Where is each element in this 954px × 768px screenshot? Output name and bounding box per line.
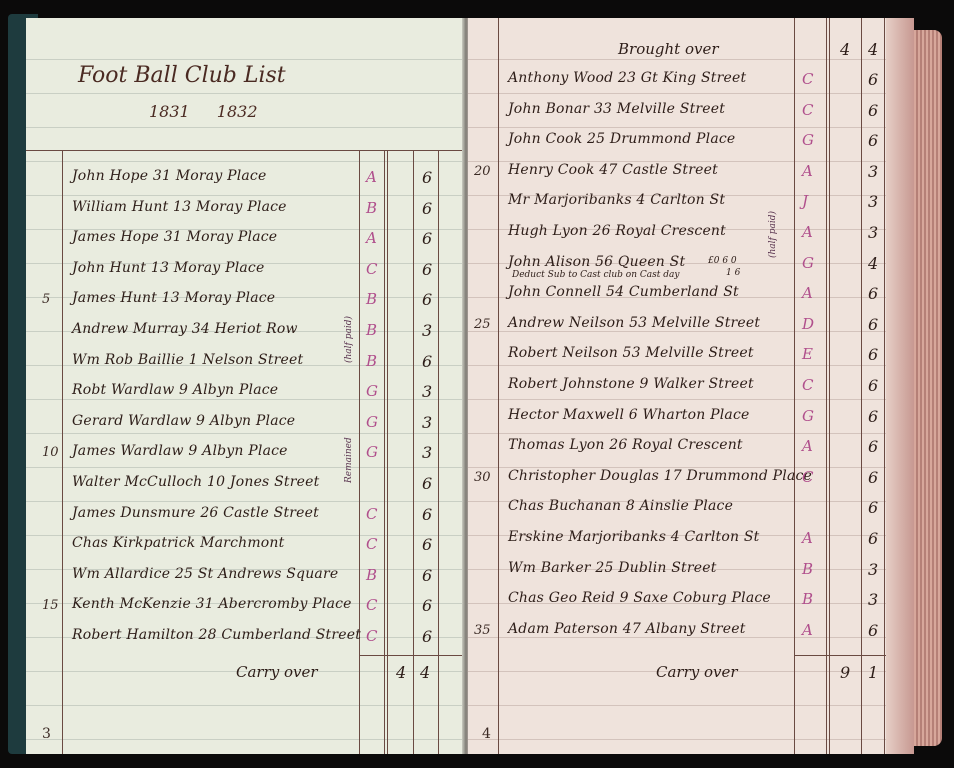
subscription-amount: 6 xyxy=(422,474,432,493)
member-name-address: Kenth McKenzie 31 Abercromby Place xyxy=(72,596,352,612)
member-name-address: John Bonar 33 Melville Street xyxy=(508,101,725,117)
subscription-amount: 6 xyxy=(868,498,878,517)
member-class: C xyxy=(802,468,813,486)
deduction-amount: 1 6 xyxy=(726,268,740,278)
member-name-address: Robert Neilson 53 Melville Street xyxy=(508,345,754,361)
member-name-address: Robert Johnstone 9 Walker Street xyxy=(508,376,754,392)
member-class: C xyxy=(366,505,377,523)
brought-over-col1: 4 xyxy=(840,40,850,59)
member-name-address: James Dunsmure 26 Castle Street xyxy=(72,505,319,521)
carry-over-col1: 4 xyxy=(396,663,406,682)
subscription-amount: 3 xyxy=(422,321,432,340)
subscription-amount: 6 xyxy=(868,315,878,334)
extra-amount: 6 xyxy=(892,254,902,273)
member-class: B xyxy=(366,566,377,584)
page-edges xyxy=(912,30,942,746)
member-class: G xyxy=(366,382,378,400)
row-number: 20 xyxy=(474,164,491,179)
carry-over-col3: 6 xyxy=(892,663,902,682)
member-class: A xyxy=(802,621,813,639)
member-name-address: Wm Allardice 25 St Andrews Square xyxy=(72,566,338,582)
subscription-amount: 6 xyxy=(422,566,432,585)
member-name-address: Erskine Marjoribanks 4 Carlton St xyxy=(508,529,760,545)
subscription-amount: 3 xyxy=(422,413,432,432)
member-class: B xyxy=(366,321,377,339)
member-name-address: Robert Hamilton 28 Cumberland Street xyxy=(72,627,361,643)
subscription-amount: 6 xyxy=(868,376,878,395)
member-name-address: James Hunt 13 Moray Place xyxy=(72,290,275,306)
member-class: B xyxy=(802,590,813,608)
subscription-amount: 6 xyxy=(422,290,432,309)
subscription-amount: 6 xyxy=(422,352,432,371)
subscription-amount: 6 xyxy=(422,627,432,646)
member-class: A xyxy=(802,223,813,241)
carry-over-label: Carry over xyxy=(656,663,738,681)
subscription-amount: 6 xyxy=(868,70,878,89)
member-class: C xyxy=(366,535,377,553)
page-number: 4 xyxy=(482,726,491,742)
left-page: Foot Ball Club List 1831 1832 John Hope … xyxy=(26,18,466,754)
member-name-address: Chas Geo Reid 9 Saxe Coburg Place xyxy=(508,590,771,606)
subscription-amount: 6 xyxy=(422,199,432,218)
number-column-rule xyxy=(62,150,63,754)
brought-over-col2: 4 xyxy=(868,40,878,59)
subscription-amount: 3 xyxy=(868,590,878,609)
total-rule xyxy=(359,655,466,656)
col1-rule-double xyxy=(829,18,830,754)
subscription-amount: 3 xyxy=(868,192,878,211)
member-class: B xyxy=(366,290,377,308)
row-number: 10 xyxy=(42,445,59,460)
col3-rule xyxy=(884,18,885,754)
right-page: Brought over 4 4 Anthony Wood 23 Gt King… xyxy=(468,18,914,754)
member-class: D xyxy=(802,315,814,333)
member-name-address: Andrew Neilson 53 Melville Street xyxy=(508,315,760,331)
col1-rule-double xyxy=(387,150,388,754)
member-name-address: James Hope 31 Moray Place xyxy=(72,229,277,245)
row-number: 5 xyxy=(42,292,50,307)
class-column-rule xyxy=(794,18,795,754)
member-name-address: John Connell 54 Cumberland St xyxy=(508,284,739,300)
member-class: A xyxy=(366,168,377,186)
carry-over-col2: 4 xyxy=(420,663,430,682)
margin-note-half-paid: (half paid) xyxy=(344,316,354,363)
page-title: Foot Ball Club List xyxy=(78,63,286,88)
col2-rule xyxy=(861,18,862,754)
member-class: C xyxy=(366,627,377,645)
member-name-address: John Alison 56 Queen St xyxy=(508,254,685,270)
subscription-amount: 6 xyxy=(868,468,878,487)
member-name-address: Robt Wardlaw 9 Albyn Place xyxy=(72,382,278,398)
member-class: J xyxy=(802,192,808,210)
subscription-amount: 3 xyxy=(868,223,878,242)
member-class: G xyxy=(366,443,378,461)
col2-rule xyxy=(413,150,414,754)
member-class: A xyxy=(802,437,813,455)
col1-rule xyxy=(826,18,827,754)
subscription-amount: 6 xyxy=(422,596,432,615)
inline-amount: £0 6 0 xyxy=(708,256,737,266)
member-name-address: Chas Buchanan 8 Ainslie Place xyxy=(508,498,733,514)
subscription-amount: 6 xyxy=(422,229,432,248)
carry-over-col2: 1 xyxy=(868,663,878,682)
subscription-amount: 3 xyxy=(422,382,432,401)
subscription-amount: 6 xyxy=(868,101,878,120)
class-column-rule xyxy=(359,150,360,754)
subscription-amount: 6 xyxy=(868,529,878,548)
member-name-address: Henry Cook 47 Castle Street xyxy=(508,162,718,178)
margin-note-half-paid: (half paid) xyxy=(768,211,778,258)
subscription-amount: 6 xyxy=(868,131,878,150)
member-name-address: Anthony Wood 23 Gt King Street xyxy=(508,70,746,86)
subscription-amount: 6 xyxy=(868,407,878,426)
member-class: E xyxy=(802,345,813,363)
member-class: A xyxy=(802,529,813,547)
member-name-address: Walter McCulloch 10 Jones Street xyxy=(72,474,319,490)
subscription-amount: 3 xyxy=(868,162,878,181)
member-name-address: Gerard Wardlaw 9 Albyn Place xyxy=(72,413,295,429)
member-name-address: Mr Marjoribanks 4 Carlton St xyxy=(508,192,725,208)
row-number: 30 xyxy=(474,470,491,485)
subscription-amount: 3 xyxy=(422,443,432,462)
member-name-address: Christopher Douglas 17 Drummond Place xyxy=(508,468,812,484)
member-name-address: Adam Paterson 47 Albany Street xyxy=(508,621,746,637)
subscription-amount: 6 xyxy=(868,284,878,303)
member-name-address: Hugh Lyon 26 Royal Crescent xyxy=(508,223,726,239)
member-class: B xyxy=(802,560,813,578)
member-class: C xyxy=(366,260,377,278)
subscription-amount: 6 xyxy=(868,621,878,640)
total-rule xyxy=(794,655,914,656)
subscription-amount: 6 xyxy=(422,505,432,524)
member-name-address: Wm Barker 25 Dublin Street xyxy=(508,560,717,576)
subscription-amount: 4 xyxy=(868,254,878,273)
member-name-address: James Wardlaw 9 Albyn Place xyxy=(72,443,288,459)
table-top-rule xyxy=(26,150,466,151)
row-number: 35 xyxy=(474,623,491,638)
row-number: 15 xyxy=(42,598,59,613)
member-class: G xyxy=(802,254,814,272)
member-name-address: William Hunt 13 Moray Place xyxy=(72,199,287,215)
member-class: G xyxy=(366,413,378,431)
member-name-address: Hector Maxwell 6 Wharton Place xyxy=(508,407,749,423)
page-number: 3 xyxy=(42,726,51,742)
subscription-amount: 6 xyxy=(422,535,432,554)
brought-over-label: Brought over xyxy=(618,40,719,58)
member-name-address: Andrew Murray 34 Heriot Row xyxy=(72,321,298,337)
deduction-note: Deduct Sub to Cast club on Cast day xyxy=(512,270,679,280)
member-name-address: John Hunt 13 Moray Place xyxy=(72,260,264,276)
member-class: A xyxy=(366,229,377,247)
member-class: A xyxy=(802,284,813,302)
season-years: 1831 1832 xyxy=(149,102,258,121)
subscription-amount: 3 xyxy=(868,560,878,579)
member-class: G xyxy=(802,407,814,425)
member-class: C xyxy=(802,376,813,394)
member-class: B xyxy=(366,352,377,370)
row-number: 25 xyxy=(474,317,491,332)
member-name-address: Wm Rob Baillie 1 Nelson Street xyxy=(72,352,303,368)
col3-rule xyxy=(438,150,439,754)
member-class: G xyxy=(802,131,814,149)
member-name-address: Chas Kirkpatrick Marchmont xyxy=(72,535,284,551)
member-class: C xyxy=(366,596,377,614)
member-class: C xyxy=(802,70,813,88)
carry-over-col1: 9 xyxy=(840,663,850,682)
number-column-rule xyxy=(498,18,499,754)
subscription-amount: 6 xyxy=(422,168,432,187)
subscription-amount: 6 xyxy=(868,437,878,456)
member-name-address: Thomas Lyon 26 Royal Crescent xyxy=(508,437,743,453)
col1-rule xyxy=(384,150,385,754)
member-class: A xyxy=(802,162,813,180)
member-name-address: John Hope 31 Moray Place xyxy=(72,168,266,184)
carry-over-label: Carry over xyxy=(236,663,318,681)
member-name-address: John Cook 25 Drummond Place xyxy=(508,131,735,147)
subscription-amount: 6 xyxy=(868,345,878,364)
subscription-amount: 6 xyxy=(422,260,432,279)
member-class: C xyxy=(802,101,813,119)
member-class: B xyxy=(366,199,377,217)
margin-note-remained: Remained xyxy=(344,437,354,483)
